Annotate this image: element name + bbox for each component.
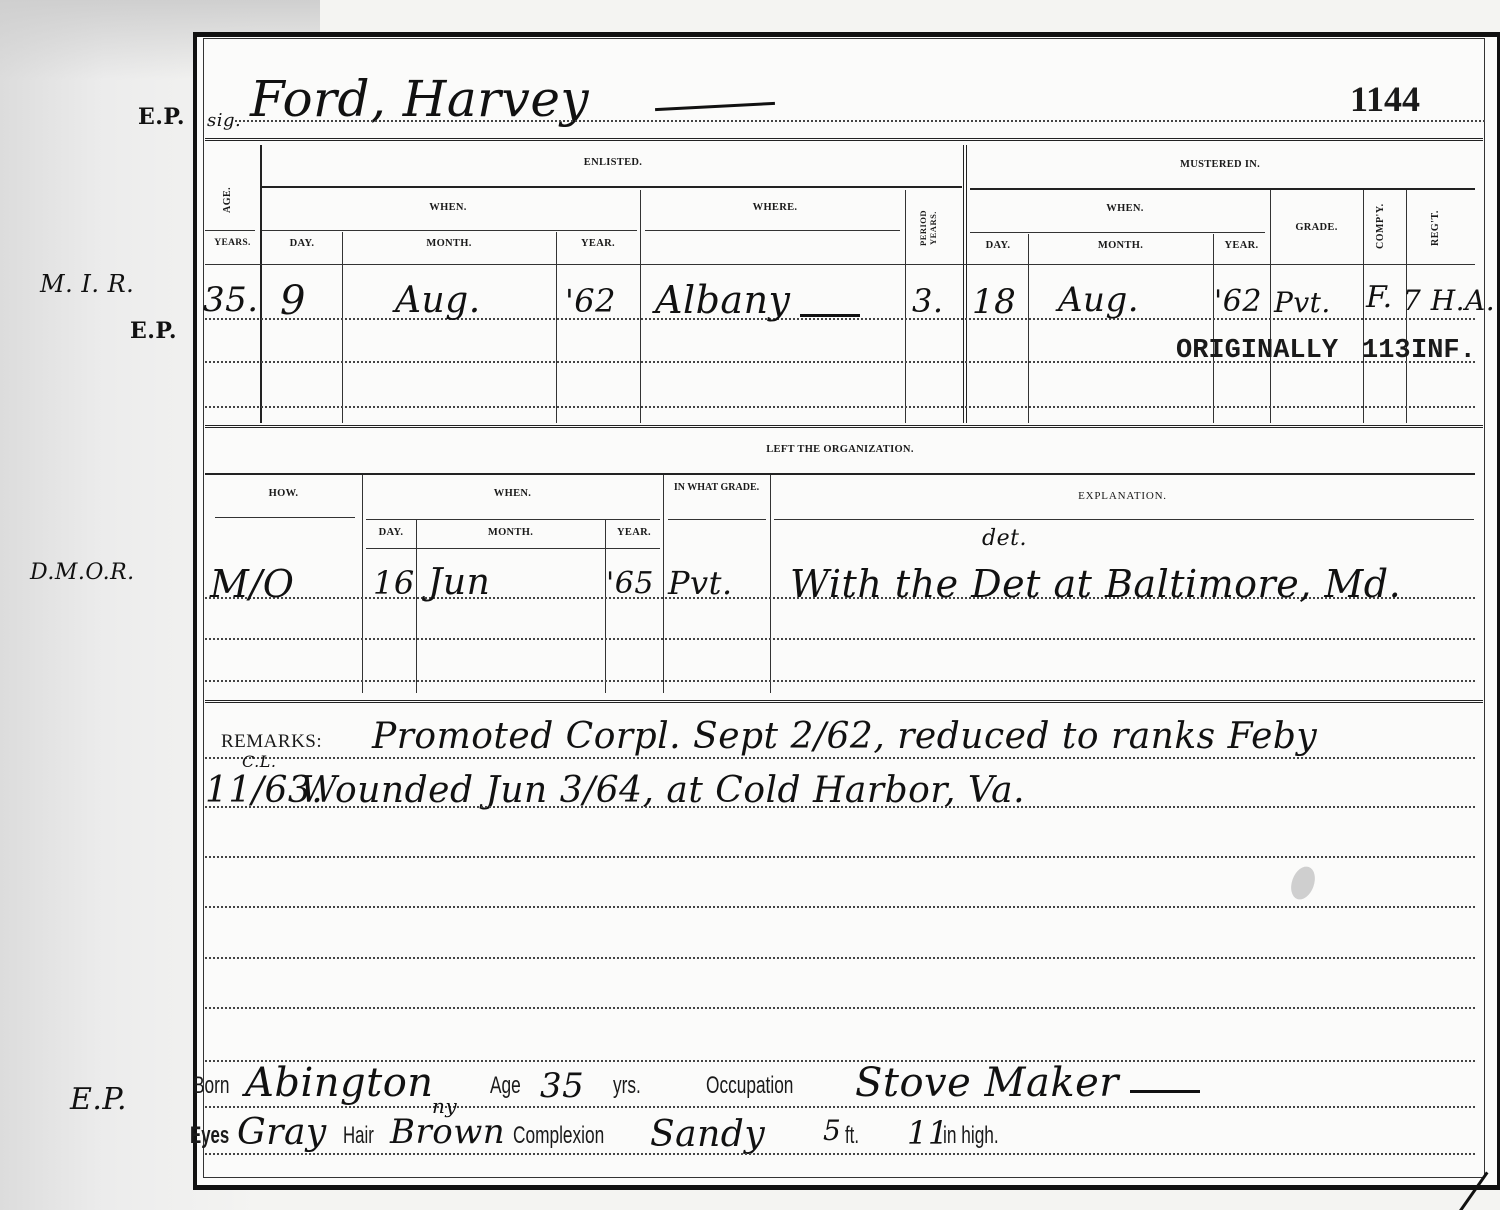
- stamp-originally: ORIGINALLY: [1176, 336, 1338, 366]
- mustered-month-value: Aug.: [1058, 280, 1139, 320]
- card-number: 1144: [1350, 78, 1420, 120]
- mustered-year-header: YEAR.: [1213, 240, 1270, 251]
- how-header: HOW.: [205, 488, 362, 499]
- left-grade-value: Pvt.: [668, 564, 733, 602]
- enlisted-month-header: MONTH.: [342, 238, 556, 249]
- remarks-line-1: Promoted Corpl. Sept 2/62, reduced to ra…: [372, 716, 1317, 757]
- born-label: Born: [193, 1072, 230, 1100]
- mustered-when-header: WHEN.: [1070, 203, 1180, 214]
- remarks-line-2: Wounded Jun 3/64, at Cold Harbor, Va.: [300, 770, 1025, 811]
- enlisted-day-value: 9: [280, 278, 306, 324]
- left-month-header: MONTH.: [416, 527, 605, 538]
- rule: [205, 700, 1483, 703]
- remarks-label: REMARKS:: [221, 731, 322, 753]
- mustered-company-value: F.: [1366, 280, 1393, 315]
- enlisted-day-header: DAY.: [262, 238, 342, 249]
- rule: [205, 406, 1475, 408]
- hair-label: Hair: [343, 1122, 374, 1150]
- ft-label: ft.: [845, 1122, 859, 1150]
- enlisted-year-value: '62: [565, 282, 616, 320]
- rule: [970, 232, 1265, 233]
- margin-note-enlisted-2: E.P.: [130, 318, 177, 344]
- in-what-grade-header: IN WHAT GRADE.: [663, 482, 770, 493]
- company-header: COMP'Y.: [1375, 198, 1395, 254]
- in-high-label: in high.: [943, 1122, 999, 1150]
- rule: [668, 519, 766, 520]
- left-year-header: YEAR.: [605, 527, 663, 538]
- mustered-day-value: 18: [972, 282, 1016, 322]
- rule: [205, 425, 1483, 428]
- explanation-superscript: det.: [982, 526, 1027, 551]
- occupation-label: Occupation: [706, 1072, 793, 1100]
- mustered-year-value: '62: [1214, 284, 1262, 319]
- period-years-header: PERIOD YEARS.: [918, 196, 944, 260]
- yrs-label: yrs.: [613, 1072, 641, 1100]
- rule: [770, 475, 771, 693]
- mustered-regiment-value: 7 H.A.: [1403, 284, 1495, 317]
- margin-note-born: E.P.: [70, 1082, 127, 1117]
- rule: [205, 1153, 1475, 1155]
- enlisted-period-value: 3.: [912, 282, 944, 320]
- rule: [205, 906, 1475, 908]
- age-value: 35: [540, 1066, 584, 1106]
- left-organization-header: LEFT THE ORGANIZATION.: [660, 444, 1020, 455]
- rule: [262, 186, 962, 188]
- age-years-header: YEARS.: [205, 238, 260, 248]
- rule: [905, 190, 906, 423]
- explanation-header: EXPLANATION.: [770, 490, 1475, 502]
- age-header: AGE.: [222, 180, 242, 220]
- left-when-header: WHEN.: [362, 488, 663, 499]
- rule: [205, 1106, 1475, 1108]
- rule: [215, 517, 355, 518]
- enlisted-month-value: Aug.: [395, 280, 481, 321]
- where-flourish: [800, 314, 860, 317]
- stamp-branch: INF.: [1411, 336, 1476, 366]
- hair-superscript: ny: [432, 1094, 457, 1118]
- rule: [205, 757, 1475, 759]
- left-year-value: '65: [606, 566, 654, 601]
- mustered-month-header: MONTH.: [1028, 240, 1213, 251]
- left-how-value: M/O: [210, 562, 294, 606]
- regiment-header: REG'T.: [1430, 200, 1450, 256]
- rule: [366, 548, 660, 549]
- rule: [774, 519, 1474, 520]
- rule: [645, 230, 900, 231]
- occupation-value: Stove Maker: [855, 1060, 1119, 1106]
- enlisted-age-value: 35.: [203, 280, 259, 320]
- rule: [205, 856, 1475, 858]
- left-month-value: Jun: [428, 562, 490, 603]
- hair-value: Brown: [390, 1112, 505, 1152]
- rule: [1363, 190, 1364, 423]
- stamp-regiment: 113: [1362, 336, 1411, 366]
- rule: [205, 230, 255, 231]
- eyes-label: Eyes: [190, 1122, 229, 1150]
- born-value: Abington: [245, 1060, 434, 1106]
- mustered-grade-value: Pvt.: [1274, 286, 1331, 319]
- enlisted-when-header: WHEN.: [398, 202, 498, 213]
- rule: [362, 475, 363, 693]
- rule: [663, 475, 664, 693]
- rule: [205, 638, 1475, 640]
- rule: [366, 519, 660, 520]
- rule: [1213, 234, 1214, 423]
- rule: [262, 230, 637, 231]
- rule: [640, 190, 641, 423]
- rule: [205, 473, 1475, 475]
- margin-note-enlisted: M. I. R.: [40, 270, 134, 298]
- rule: [205, 264, 1475, 265]
- rule: [556, 232, 557, 423]
- rule: [205, 138, 1483, 141]
- complexion-label: Complexion: [513, 1122, 604, 1150]
- margin-note-left: D.M.O.R.: [30, 560, 135, 585]
- rule: [205, 957, 1475, 959]
- enlisted-header: ENLISTED.: [568, 157, 658, 168]
- remarks-line-2-superscript: C.L.: [242, 752, 276, 771]
- enlisted-where-header: WHERE.: [720, 202, 830, 213]
- eyes-value: Gray: [237, 1112, 327, 1153]
- rule: [205, 680, 1475, 682]
- name-underline: [235, 120, 1485, 122]
- enlisted-where-value: Albany: [655, 278, 791, 322]
- margin-note-name: E.P.: [138, 104, 185, 130]
- mustered-in-header: MUSTERED IN.: [1130, 159, 1310, 170]
- rule: [205, 1007, 1475, 1009]
- age-label: Age: [490, 1072, 521, 1100]
- grade-header: GRADE.: [1270, 222, 1363, 233]
- rule: [342, 232, 343, 423]
- left-day-header: DAY.: [370, 527, 412, 538]
- rule: [970, 188, 1475, 190]
- left-day-value: 16: [373, 564, 415, 602]
- complexion-value: Sandy: [650, 1114, 765, 1155]
- rule: [1028, 234, 1029, 423]
- occupation-flourish: [1130, 1090, 1200, 1093]
- rule: [205, 806, 1475, 808]
- rule: [416, 520, 417, 693]
- explanation-value: With the Det at Baltimore, Md.: [790, 562, 1401, 606]
- mustered-day-header: DAY.: [968, 240, 1028, 251]
- enlisted-year-header: YEAR.: [556, 238, 640, 249]
- height-feet-value: 5: [823, 1114, 841, 1147]
- rule: [963, 145, 967, 423]
- rule: [605, 520, 606, 693]
